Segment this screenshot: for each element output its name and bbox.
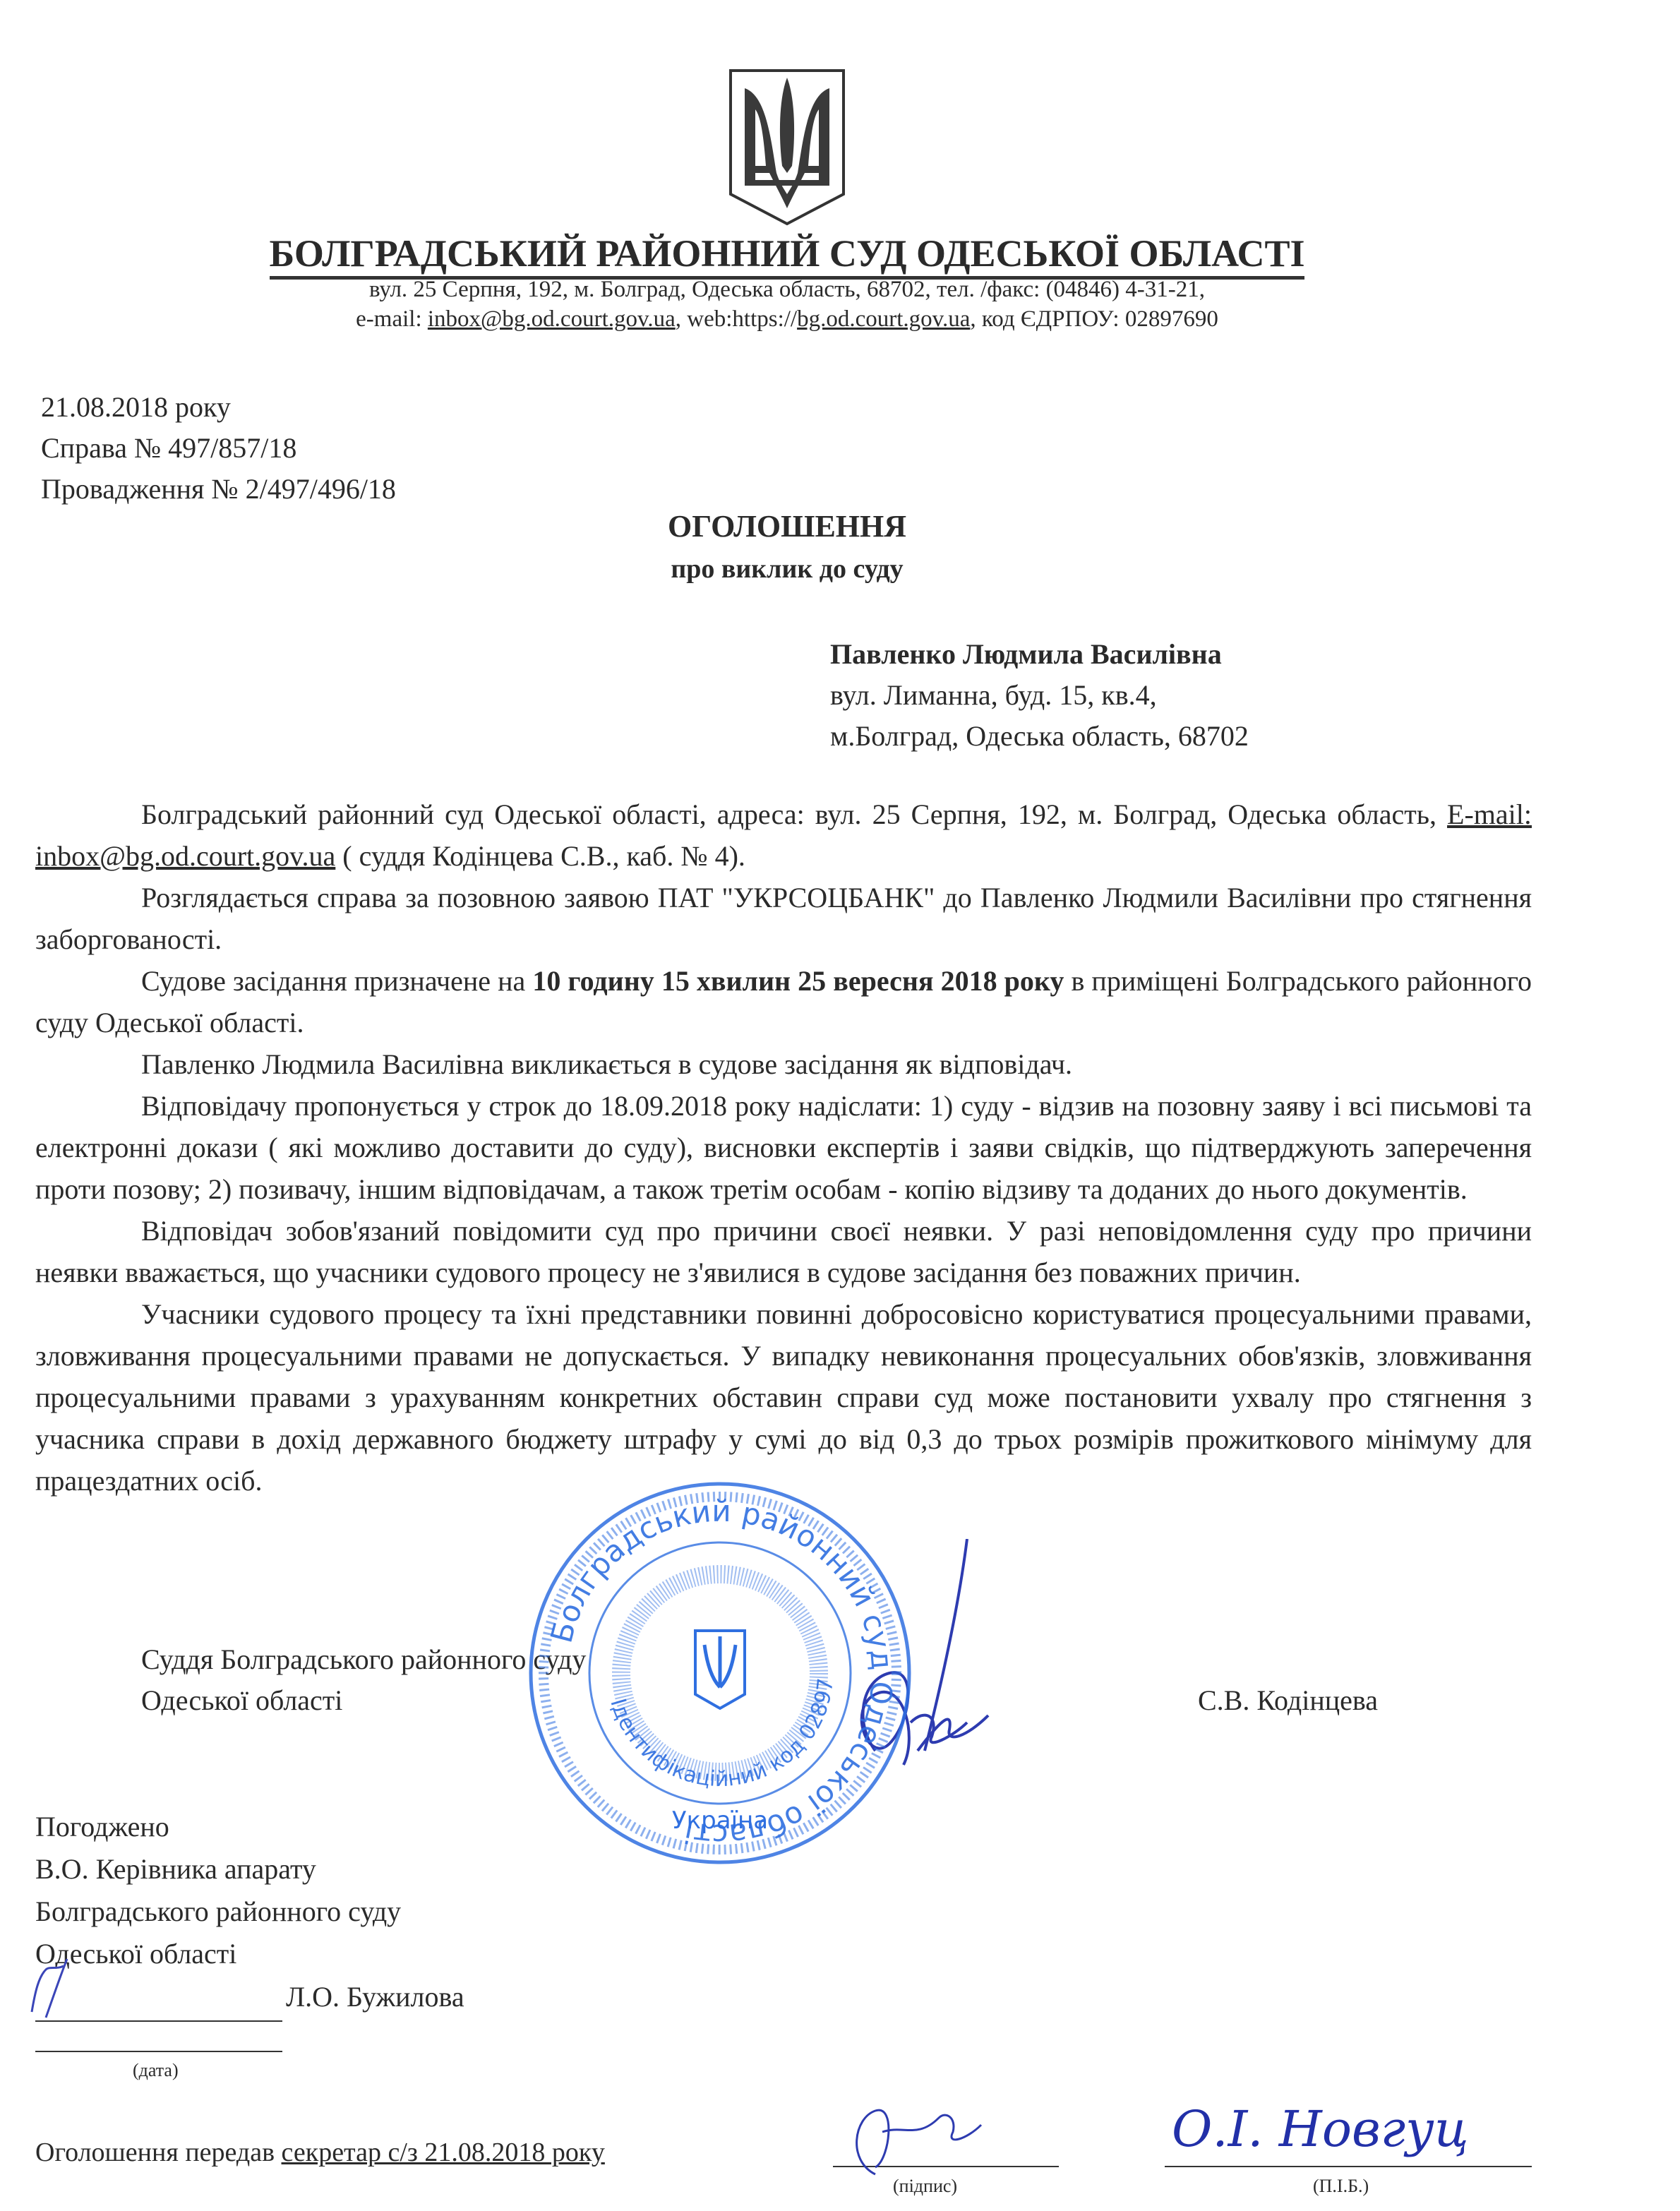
page-subtitle: про виклик до суду	[0, 553, 1574, 585]
court-address: вул. 25 Серпня, 192, м. Болград, Одеська…	[0, 277, 1574, 303]
approval-label: Погоджено	[35, 1806, 401, 1848]
addressee-street: вул. Лиманна, буд. 15, кв.4,	[830, 675, 1249, 716]
date-caption: (дата)	[133, 2060, 179, 2081]
approval-signature-line	[35, 2020, 282, 2022]
approval-block: Погоджено В.О. Керівника апарату Болград…	[35, 1806, 401, 1975]
paragraph-court-address: Болградський районний суд Одеської облас…	[35, 793, 1532, 877]
proceeding-number: Провадження № 2/497/496/18	[41, 469, 396, 510]
page-title: ОГОЛОШЕННЯ	[0, 508, 1574, 544]
notice-body: Болградський районний суд Одеської облас…	[35, 793, 1532, 1502]
svg-text:Україна: Україна	[672, 1806, 768, 1835]
secretary-handwritten-name: О.І. Новгуц	[1172, 2100, 1469, 2158]
court-contacts: e-mail: inbox@bg.od.court.gov.ua, web:ht…	[0, 306, 1574, 332]
transfer-line: Оголошення передав секретар с/з 21.08.20…	[35, 2132, 605, 2173]
judge-role: Суддя Болградського районного суду Одесь…	[141, 1639, 586, 1721]
court-email-link[interactable]: inbox@bg.od.court.gov.ua	[428, 306, 676, 332]
name-line	[1165, 2166, 1532, 2167]
court-seal-icon: Болградський районний суд Одеської облас…	[522, 1475, 918, 1871]
paragraph-absence-notice: Відповідач зобов'язаний повідомити суд п…	[35, 1210, 1532, 1293]
date-line	[35, 2051, 282, 2052]
court-web-link[interactable]: bg.od.court.gov.ua	[797, 306, 970, 332]
case-number: Справа № 497/857/18	[41, 428, 396, 469]
paragraph-case-subject: Розглядається справа за позовною заявою …	[35, 877, 1532, 960]
addressee-name: Павленко Людмила Василівна	[830, 634, 1249, 675]
name-caption: (П.І.Б.)	[1313, 2176, 1369, 2197]
hearing-datetime: 10 годину 15 хвилин 25 вересня 2018 року	[532, 965, 1064, 997]
document-meta: 21.08.2018 року Справа № 497/857/18 Пров…	[41, 387, 396, 510]
court-name: БОЛГРАДСЬКИЙ РАЙОННИЙ СУД ОДЕСЬКОЇ ОБЛАС…	[0, 232, 1574, 275]
coat-of-arms-icon	[727, 67, 847, 226]
paragraph-procedural-rights: Учасники судового процесу та їхні предст…	[35, 1293, 1532, 1502]
approval-name: Л.О. Бужилова	[286, 1977, 464, 2018]
secretary-signature-icon	[833, 2090, 1066, 2181]
approval-signature-icon	[28, 1955, 78, 2019]
addressee-block: Павленко Людмила Василівна вул. Лиманна,…	[830, 634, 1249, 757]
paragraph-hearing-time: Судове засідання призначене на 10 годину…	[35, 960, 1532, 1043]
addressee-city: м.Болград, Одеська область, 68702	[830, 716, 1249, 757]
paragraph-summons: Павленко Людмила Василівна викликається …	[35, 1043, 1532, 1085]
paragraph-response-deadline: Відповідачу пропонується у строк до 18.0…	[35, 1085, 1532, 1210]
document-date: 21.08.2018 року	[41, 387, 396, 428]
judge-name: С.В. Кодінцева	[1198, 1680, 1378, 1721]
